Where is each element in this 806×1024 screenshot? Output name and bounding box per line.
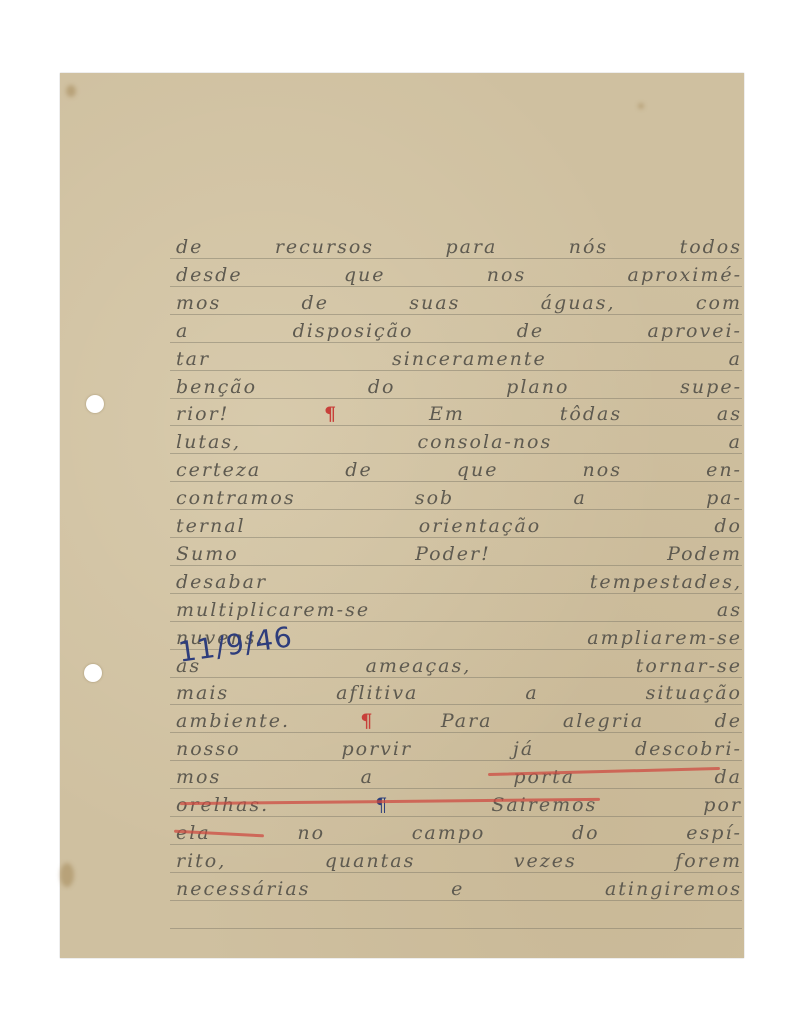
word: multiplicarem-se [176, 597, 370, 623]
text-line: necessáriaseatingiremos [176, 876, 742, 902]
word: com [696, 290, 742, 316]
text-line: orelhas.¶Sairemospor [176, 792, 742, 818]
word: ambiente. [176, 708, 290, 734]
text-line: maisaflitivaasituação [176, 680, 742, 706]
word: Sumo [176, 541, 239, 567]
text-line: mosdesuaságuas,com [176, 290, 742, 316]
word: desabar [176, 569, 267, 595]
word: do [368, 374, 396, 400]
word: sob [415, 485, 454, 511]
word: aflitiva [336, 680, 418, 706]
punch-hole-top [86, 395, 104, 413]
text-line: nossoporvirjádescobri- [176, 736, 742, 762]
text-line: tarsinceramentea [176, 346, 742, 372]
word: tornar-se [636, 653, 742, 679]
word: que [457, 457, 499, 483]
word: orientação [419, 513, 541, 539]
text-line: lutas,consola-nosa [176, 429, 742, 455]
word: contramos [176, 485, 296, 511]
word: porvir [341, 736, 412, 762]
word: do [714, 513, 742, 539]
paper-stain [60, 863, 74, 887]
text-line: bençãodoplanosupe- [176, 374, 742, 400]
text-line: SumoPoder!Podem [176, 541, 742, 567]
word: plano [506, 374, 569, 400]
word: a [729, 429, 742, 455]
ruled-line [170, 928, 742, 929]
word: ternal [176, 513, 246, 539]
word: para [445, 234, 497, 260]
word: alegria [563, 708, 644, 734]
word: nosso [176, 736, 241, 762]
word: campo [412, 820, 486, 846]
word: situação [646, 680, 742, 706]
word: supe- [680, 374, 742, 400]
word: no [297, 820, 325, 846]
text-line: ambiente.¶Paraalegriade [176, 708, 742, 734]
word: todos [680, 234, 742, 260]
word: mos [176, 764, 221, 790]
word: Para [441, 708, 493, 734]
word: en- [706, 457, 742, 483]
word: nos [487, 262, 526, 288]
word: desde [176, 262, 243, 288]
word: do [572, 820, 600, 846]
word: disposição [293, 318, 414, 344]
word: forem [675, 848, 742, 874]
word: a [361, 764, 374, 790]
text-line: adisposiçãodeaprovei- [176, 318, 742, 344]
word: de [302, 290, 329, 316]
text-line: rior!¶Emtôdasas [176, 401, 742, 427]
word: as [717, 597, 742, 623]
word: benção [176, 374, 257, 400]
word: de [715, 708, 742, 734]
word: suas [409, 290, 460, 316]
word: Sairemos [491, 792, 597, 818]
word: rito, [176, 848, 226, 874]
text-line: ternalorientaçãodo [176, 513, 742, 539]
word: ampliarem-se [587, 625, 742, 651]
word: a [525, 680, 538, 706]
word: aproximé- [628, 262, 742, 288]
paper-stain [638, 103, 644, 109]
paragraph-mark-icon: ¶ [324, 401, 334, 427]
text-line: desdequenosaproximé- [176, 262, 742, 288]
word: certeza [176, 457, 261, 483]
word: já [513, 736, 534, 762]
word: a [176, 318, 189, 344]
word: nós [569, 234, 608, 260]
word: que [344, 262, 386, 288]
text-line: desabartempestades, [176, 569, 742, 595]
word: de [176, 234, 203, 260]
word: mais [176, 680, 229, 706]
word: tar [176, 346, 210, 372]
word: pa- [706, 485, 742, 511]
word: lutas, [176, 429, 241, 455]
word: as [717, 401, 742, 427]
text-line: multiplicarem-seas [176, 597, 742, 623]
word: ameaças, [366, 653, 472, 679]
manuscript-page: derecursosparanóstodosdesdequenosaproxim… [60, 73, 744, 958]
word: recursos [275, 234, 374, 260]
paragraph-mark-icon: ¶ [360, 708, 370, 734]
word: águas, [541, 290, 616, 316]
word: consola-nos [417, 429, 552, 455]
word: necessárias [176, 876, 310, 902]
word: tempestades, [590, 569, 742, 595]
word: a [729, 346, 742, 372]
text-line: derecursosparanóstodos [176, 234, 742, 260]
text-line: certezadequenosen- [176, 457, 742, 483]
text-line: contramossobapa- [176, 485, 742, 511]
word: descobri- [635, 736, 742, 762]
word: rior! [176, 401, 229, 427]
word: a [573, 485, 586, 511]
word: atingiremos [605, 876, 742, 902]
word: vezes [514, 848, 577, 874]
word: nos [583, 457, 622, 483]
word: e [451, 876, 464, 902]
word: de [517, 318, 544, 344]
word: Podem [667, 541, 742, 567]
word: Poder! [415, 541, 491, 567]
word: mos [176, 290, 221, 316]
word: porta [513, 764, 575, 790]
word: sinceramente [392, 346, 547, 372]
paragraph-mark-icon: ¶ [375, 792, 385, 818]
text-line: rito,quantasvezesforem [176, 848, 742, 874]
word: quantas [325, 848, 416, 874]
paper-stain [66, 85, 76, 97]
word: Em [429, 401, 465, 427]
word: espí- [686, 820, 742, 846]
punch-hole-bottom [84, 664, 102, 682]
text-line: elanocampodoespí- [176, 820, 742, 846]
word: de [345, 457, 372, 483]
word: aprovei- [647, 318, 742, 344]
word: tôdas [560, 401, 622, 427]
word: por [703, 792, 742, 818]
